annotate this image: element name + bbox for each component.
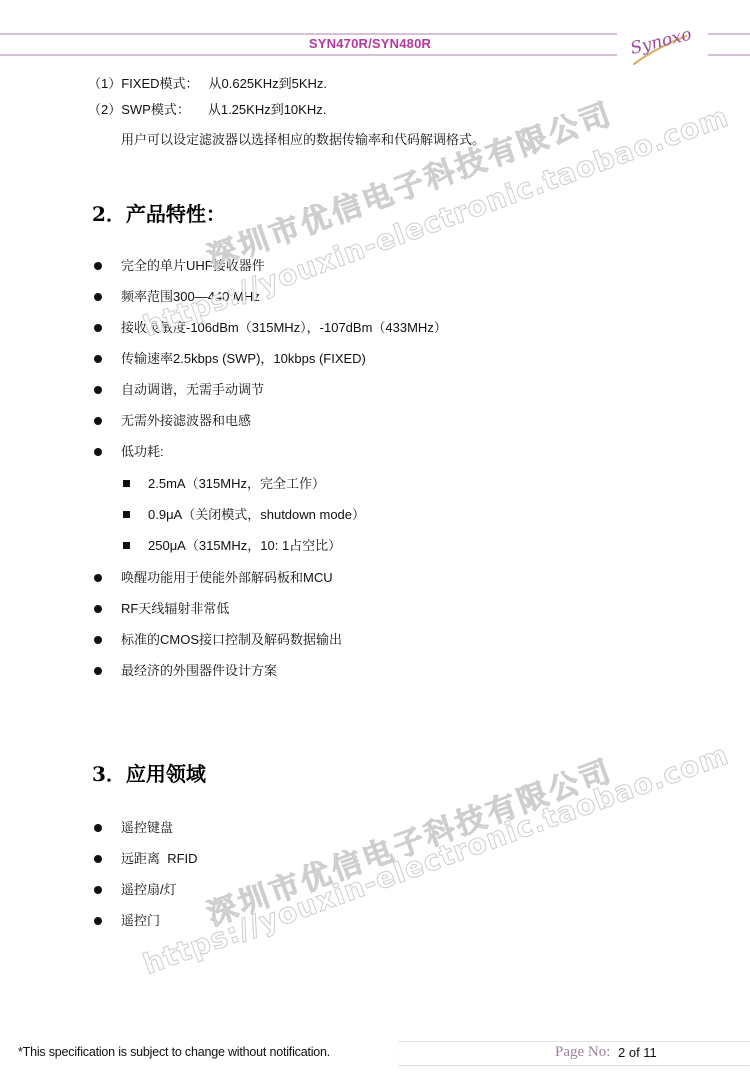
svg-text:Synoxo: Synoxo <box>628 25 693 59</box>
page-number-value: 2 of 11 <box>618 1045 657 1060</box>
list-item: 遥控门 <box>121 913 160 929</box>
list-item: 频率范围300—440 MHz <box>121 289 260 305</box>
bullet-icon <box>94 324 102 332</box>
section-2-heading: 2．产品特性： <box>92 198 226 227</box>
bullet-icon <box>94 824 102 832</box>
square-bullet-icon <box>123 511 130 518</box>
mode-fixed-value: 从0.625KHz到5KHz. <box>209 76 328 91</box>
header-rule-top-right <box>708 33 750 35</box>
mode-swp: （2）SWP模式：从1.25KHz到10KHz. <box>88 102 326 118</box>
bullet-icon <box>94 667 102 675</box>
page-number-label: Page No: <box>555 1044 610 1061</box>
list-item: 接收灵敏度-106dBm（315MHz），-107dBm（433MHz） <box>121 320 447 336</box>
watermark-url: https://youxin-electronic.taobao.com <box>139 738 733 981</box>
sublist-item: 0.9μA（关闭模式，shutdown mode） <box>148 507 365 523</box>
sublist-item: 250μA（315MHz，10: 1占空比） <box>148 538 341 554</box>
bullet-icon <box>94 262 102 270</box>
header-rule-bottom-right <box>708 54 750 56</box>
bullet-icon <box>94 636 102 644</box>
bullet-icon <box>94 355 102 363</box>
list-item: 标准的CMOS接口控制及解码数据输出 <box>121 632 342 648</box>
list-item: 传输速率2.5kbps (SWP)，10kbps (FIXED) <box>121 351 366 367</box>
sublist-item: 2.5mA（315MHz，完全工作） <box>148 476 325 492</box>
bullet-icon <box>94 605 102 613</box>
watermark-company: 深圳市优信电子科技有限公司 <box>200 746 618 934</box>
header-rule-top-left <box>0 33 617 35</box>
bullet-icon <box>94 417 102 425</box>
synoxo-logo: Synoxo <box>626 18 696 68</box>
bullet-icon <box>94 917 102 925</box>
header-rule-bottom-left <box>0 54 617 56</box>
bullet-icon <box>94 293 102 301</box>
list-item: RF天线辐射非常低 <box>121 601 229 617</box>
section-3-heading: 3．应用领域 <box>92 758 206 787</box>
bullet-icon <box>94 886 102 894</box>
list-item: 最经济的外围器件设计方案 <box>121 663 277 679</box>
mode-swp-value: 从1.25KHz到10KHz. <box>208 102 327 117</box>
square-bullet-icon <box>123 542 130 549</box>
list-item: 唤醒功能用于使能外部解码板和MCU <box>121 570 333 586</box>
list-item: 无需外接滤波器和电感 <box>121 413 251 429</box>
list-item: 遥控键盘 <box>121 820 173 836</box>
bullet-icon <box>94 448 102 456</box>
bullet-icon <box>94 574 102 582</box>
bullet-icon <box>94 855 102 863</box>
mode-swp-label: （2）SWP模式： <box>88 102 190 117</box>
mode-fixed-label: （1）FIXED模式： <box>88 76 199 91</box>
list-item: 完全的单片UHF接收器件 <box>121 258 265 274</box>
square-bullet-icon <box>123 480 130 487</box>
bullet-icon <box>94 386 102 394</box>
list-item: 遥控扇/灯 <box>121 882 177 898</box>
disclaimer-note: *This specification is subject to change… <box>18 1045 330 1059</box>
list-item: 远距离 RFID <box>121 851 198 867</box>
mode-fixed: （1）FIXED模式：从0.625KHz到5KHz. <box>88 76 327 92</box>
list-item: 低功耗: <box>121 444 164 460</box>
list-item: 自动调谐，无需手动调节 <box>121 382 264 398</box>
filter-note: 用户可以设定滤波器以选择相应的数据传输率和代码解调格式。 <box>121 132 485 148</box>
